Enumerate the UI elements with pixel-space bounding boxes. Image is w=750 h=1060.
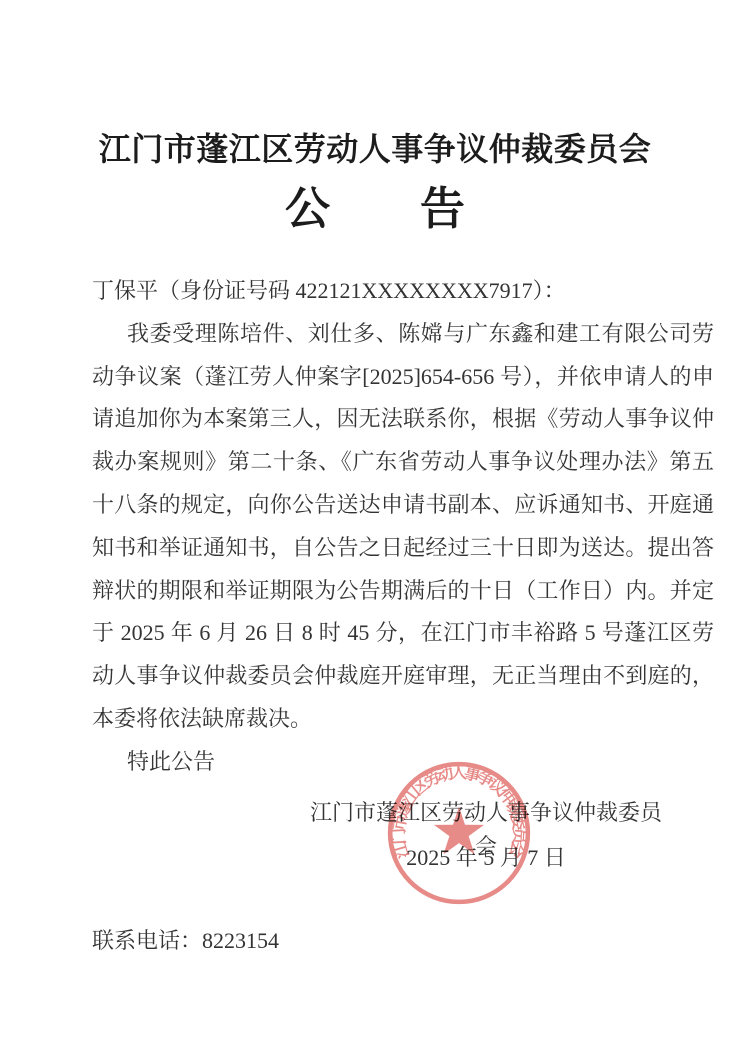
contact-phone: 联系电话：8223154	[92, 924, 279, 958]
announcement-heading: 公 告	[0, 172, 750, 237]
announcement-text: 我委受理陈培件、刘仕多、陈嫦与广东鑫和建工有限公司劳动争议案（蓬江劳人仲案字[2…	[92, 313, 714, 741]
announcement-page: 江门市蓬江区劳动人事争议仲裁委员会 公 告 丁保平（身份证号码 422121XX…	[0, 0, 750, 1060]
closing-phrase: 特此公告	[92, 741, 714, 784]
announcement-body: 丁保平（身份证号码 422121XXXXXXXX7917）： 我委受理陈培件、刘…	[92, 270, 714, 784]
recipient-salutation: 丁保平（身份证号码 422121XXXXXXXX7917）：	[92, 270, 714, 313]
issuing-authority-title: 江门市蓬江区劳动人事争议仲裁委员会	[0, 124, 750, 170]
issue-date: 2025 年 5 月 7 日	[306, 841, 666, 875]
